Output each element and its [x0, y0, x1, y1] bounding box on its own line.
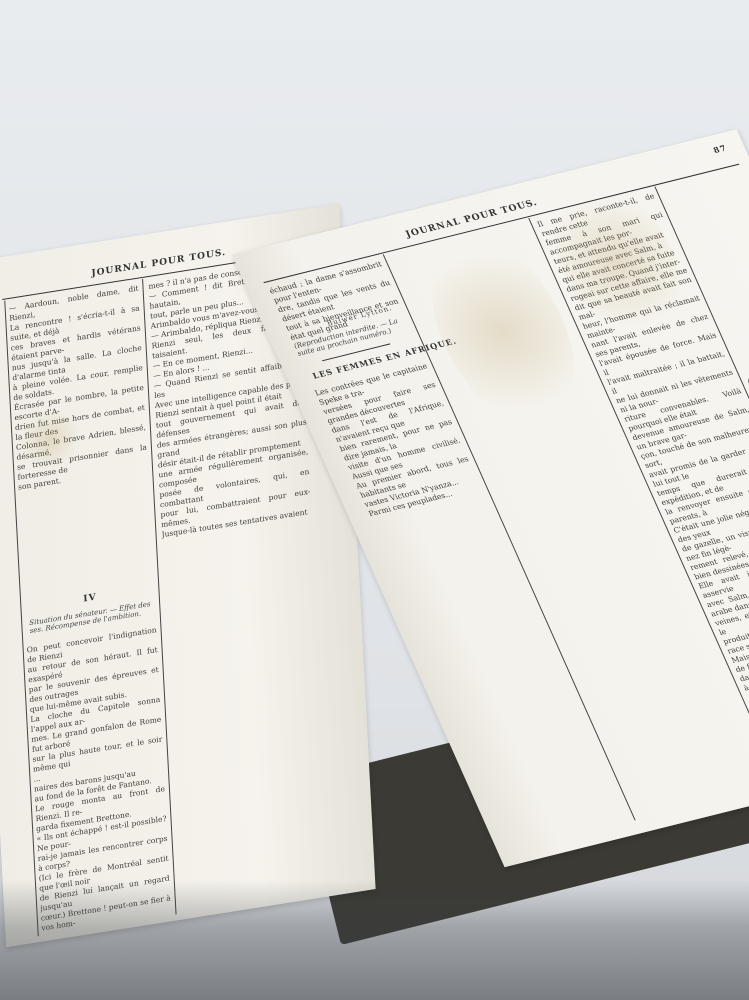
page-number: 87	[712, 143, 729, 155]
chapter-number: IV	[83, 593, 97, 605]
photo-scene: JOURNAL POUR TOUS. — Aardoun, noble dame…	[0, 0, 749, 1000]
table-shadow	[0, 880, 749, 1000]
